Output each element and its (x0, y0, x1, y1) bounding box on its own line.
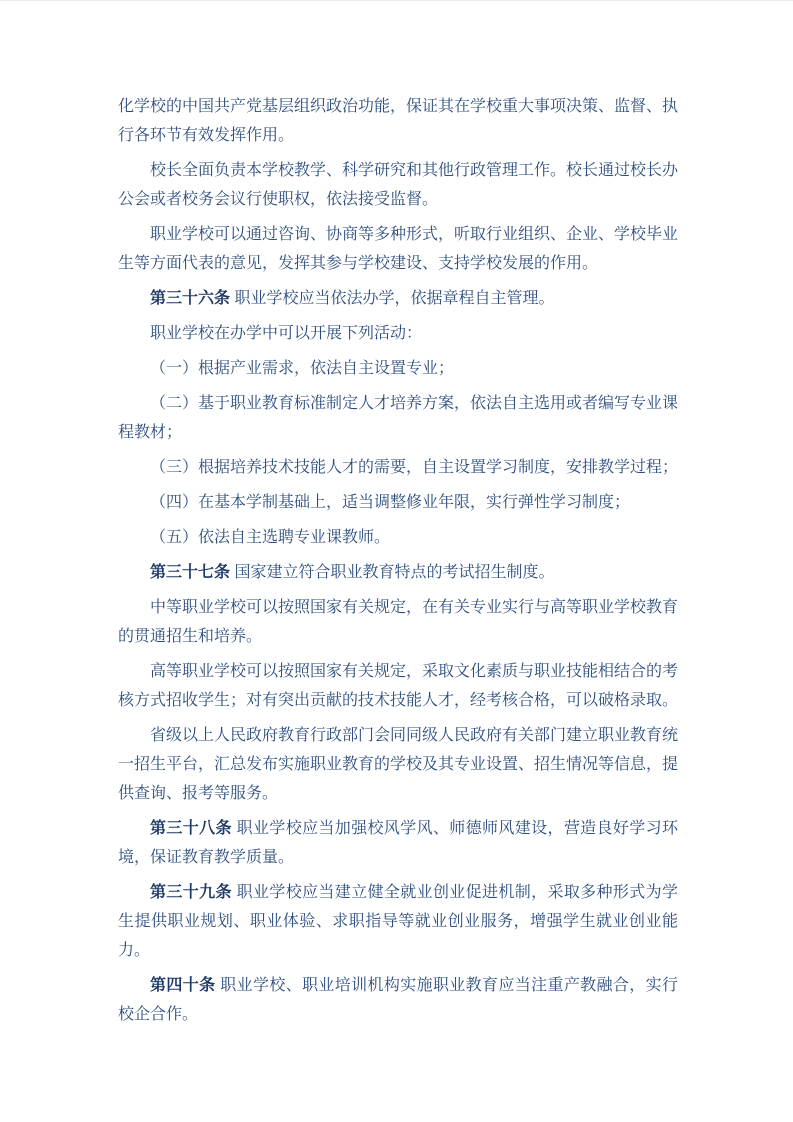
paragraph: （五）依法自主选聘专业课教师。 (118, 523, 678, 552)
paragraph: （二）基于职业教育标准制定人才培养方案，依法自主选用或者编写专业课程教材； (118, 389, 678, 447)
paragraph: （一）根据产业需求，依法自主设置专业； (118, 354, 678, 383)
paragraph: 第三十六条 职业学校应当依法办学，依据章程自主管理。 (118, 284, 678, 313)
paragraph: 中等职业学校可以按照国家有关规定，在有关专业实行与高等职业学校教育的贯通招生和培… (118, 593, 678, 651)
paragraph: 校长全面负责本学校教学、科学研究和其他行政管理工作。校长通过校长办公会或者校务会… (118, 156, 678, 214)
article-number: 第四十条 (150, 977, 215, 994)
article-number: 第三十六条 (150, 290, 230, 307)
paragraph: 职业学校在办学中可以开展下列活动： (118, 319, 678, 348)
article-number: 第三十七条 (150, 564, 230, 581)
paragraph: 省级以上人民政府教育行政部门会同同级人民政府有关部门建立职业教育统一招生平台，汇… (118, 721, 678, 808)
paragraph: 高等职业学校可以按照国家有关规定，采取文化素质与职业技能相结合的考核方式招收学生… (118, 657, 678, 715)
paragraph: 职业学校可以通过咨询、协商等多种形式，听取行业组织、企业、学校毕业生等方面代表的… (118, 220, 678, 278)
paragraph: 第四十条 职业学校、职业培训机构实施职业教育应当注重产教融合，实行校企合作。 (118, 971, 678, 1029)
document-body: 化学校的中国共产党基层组织政治功能，保证其在学校重大事项决策、监督、执行各环节有… (118, 92, 678, 1029)
paragraph: 化学校的中国共产党基层组织政治功能，保证其在学校重大事项决策、监督、执行各环节有… (118, 92, 678, 150)
document-page: 化学校的中国共产党基层组织政治功能，保证其在学校重大事项决策、监督、执行各环节有… (0, 1, 793, 1029)
paragraph: 第三十七条 国家建立符合职业教育特点的考试招生制度。 (118, 558, 678, 587)
article-number: 第三十八条 (150, 820, 232, 837)
paragraph: （四）在基本学制基础上，适当调整修业年限，实行弹性学习制度； (118, 488, 678, 517)
paragraph: （三）根据培养技术技能人才的需要，自主设置学习制度，安排教学过程； (118, 453, 678, 482)
paragraph: 第三十八条 职业学校应当加强校风学风、师德师风建设，营造良好学习环境，保证教育教… (118, 814, 678, 872)
article-number: 第三十九条 (150, 884, 232, 901)
paragraph: 第三十九条 职业学校应当建立健全就业创业促进机制，采取多种形式为学生提供职业规划… (118, 878, 678, 965)
